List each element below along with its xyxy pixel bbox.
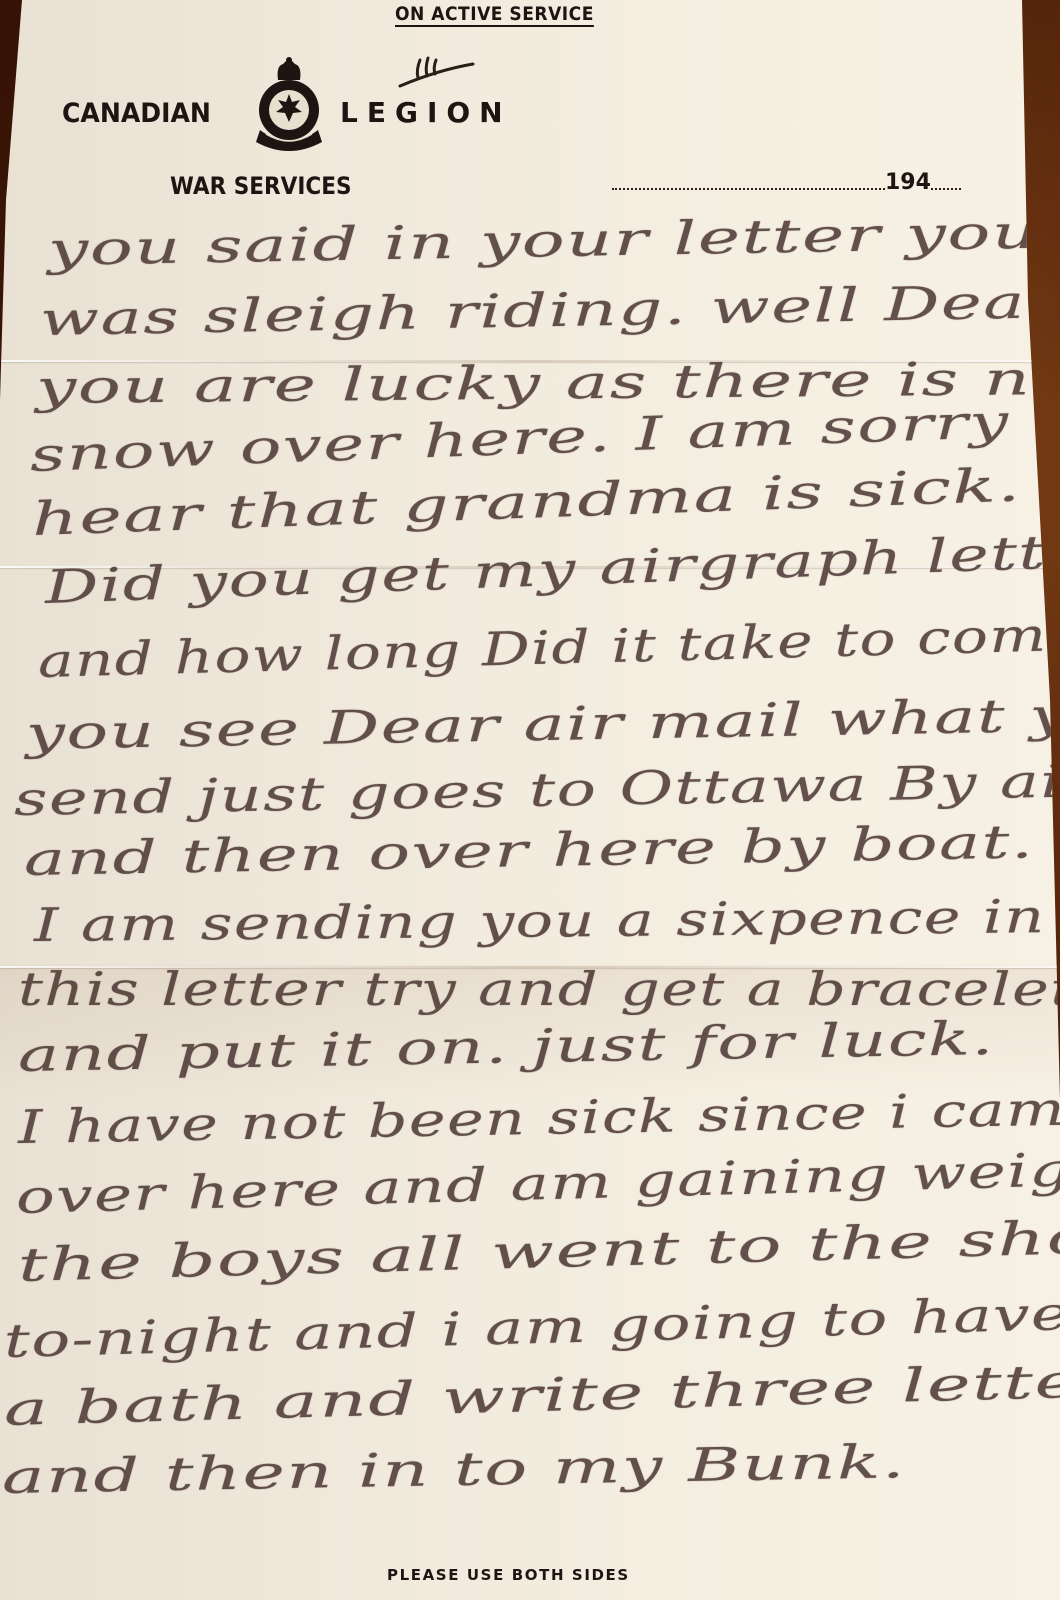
letter-line: the boys all went to the show [17,1208,1060,1292]
letter-line: over here and am gaining weight. [15,1140,1060,1224]
date-blank-line-end [931,188,961,190]
letter-line: you said in your letter you [48,205,1040,276]
letter-line: you see Dear air mail what you [26,686,1060,760]
letter-paper: ON ACTIVE SERVICE CANADIAN LEGION WAR SE… [0,0,1060,1600]
subtitle-war-services: WAR SERVICES [170,172,352,200]
letter-line: this letter try and get a bracelet [18,962,1060,1016]
org-name-canadian: CANADIAN [62,98,211,129]
pencil-annotation-mark [398,50,478,90]
footer-instruction: PLEASE USE BOTH SIDES [387,1566,630,1584]
letter-line: and then in to my Bunk. [2,1434,907,1504]
date-year-prefix: 194 [885,170,931,195]
date-blank-line [612,188,885,190]
letter-line: to-night and i am going to have [3,1286,1060,1368]
letter-line: a bath and write three letters [3,1352,1060,1436]
letter-line: I am sending you a sixpence in [34,889,1046,952]
on-active-service-banner: ON ACTIVE SERVICE [395,3,594,25]
date-field: 194 [612,170,961,195]
letter-line: and then over here by boat. [24,814,1035,886]
legion-crest-icon [248,52,330,156]
letter-line: and put it on. just for luck. [18,1011,996,1082]
letter-line: was sleigh riding. well Dear [40,274,1060,346]
letter-line: send just goes to Ottawa By air [14,753,1060,826]
letter-line: I have not been sick since i came [18,1081,1060,1154]
letter-line: and how long Did it take to come [37,607,1060,688]
org-name-legion: LEGION [340,96,512,129]
